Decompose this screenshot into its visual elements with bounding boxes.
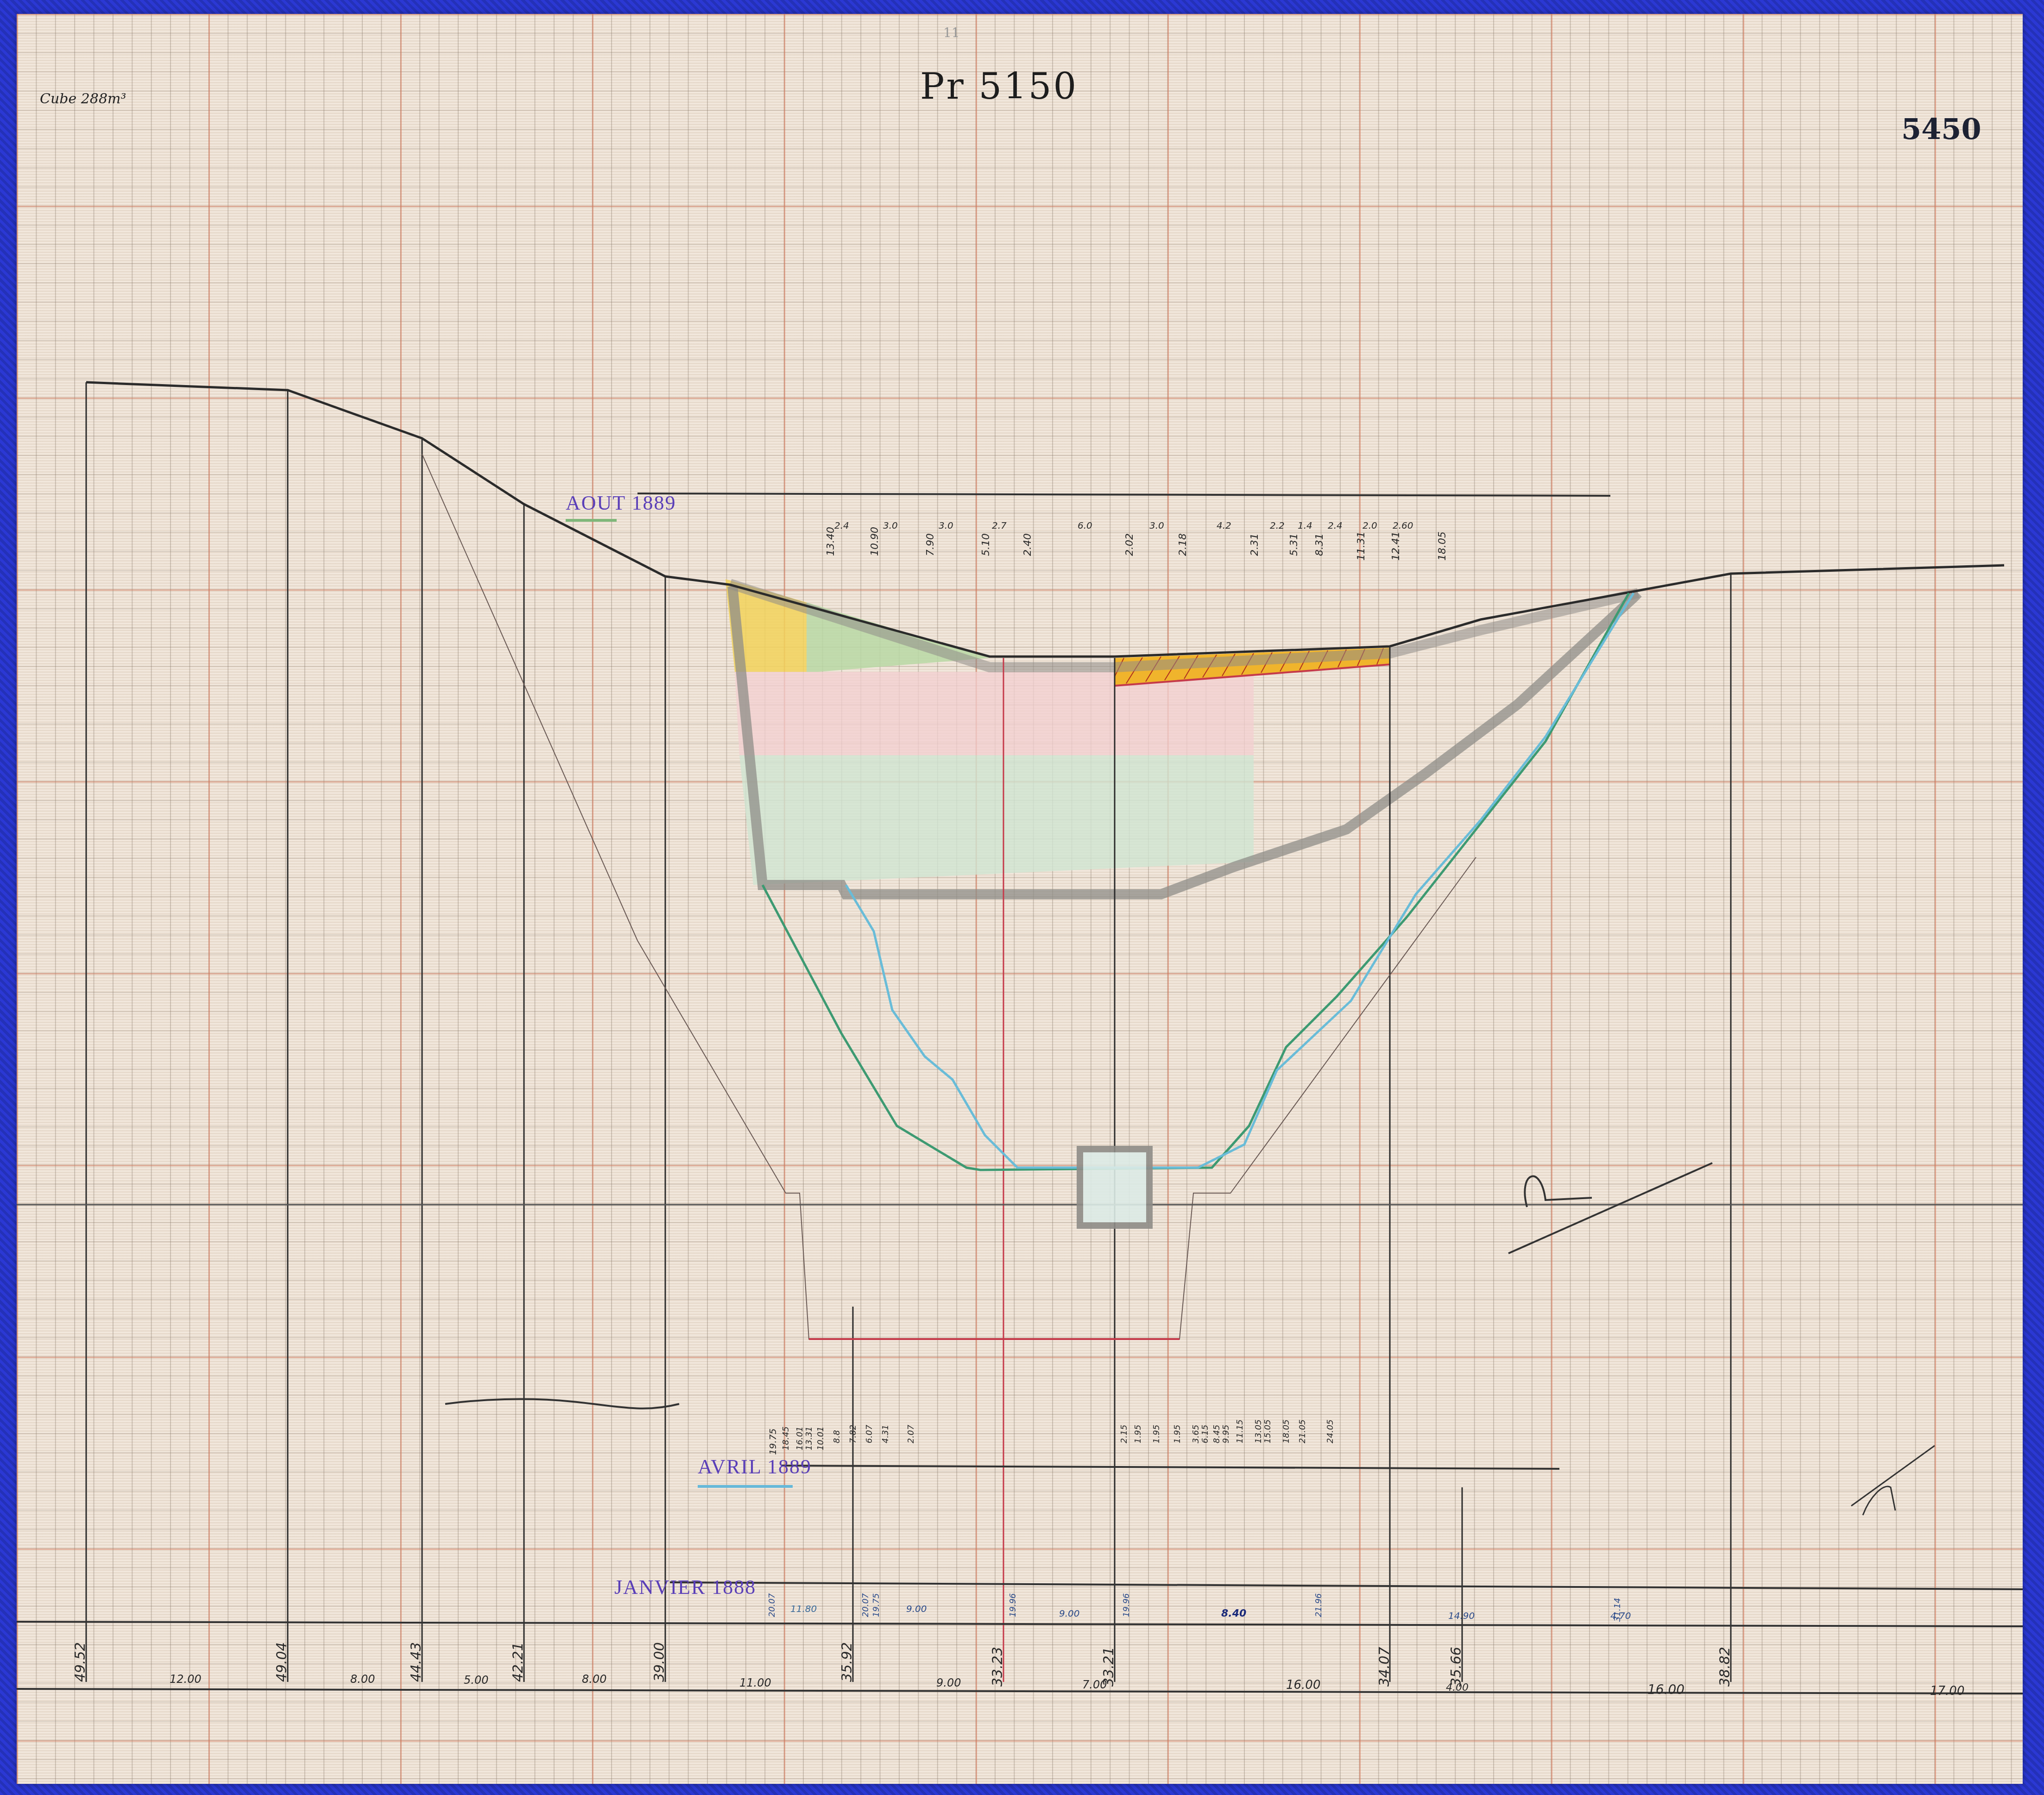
aout-underline	[566, 519, 617, 522]
signature-right-stroke	[1508, 1163, 1712, 1253]
elevation-baseline-bottom	[17, 1689, 2023, 1694]
stamp-avril-1889: AVRIL 1889	[698, 1455, 812, 1479]
signature-left-stroke	[445, 1399, 679, 1409]
avril-1889-baseline	[781, 1466, 1559, 1469]
stamp-janvier-1888: JANVIER 1888	[614, 1575, 756, 1599]
elevation-baseline-top	[17, 1622, 2023, 1626]
avril-underline	[698, 1485, 793, 1488]
cross-section-drawing	[17, 14, 2023, 1784]
stamp-aout-1889: AOUT 1889	[566, 491, 676, 515]
excavation-fills	[725, 579, 1390, 885]
fill-mint-zone	[739, 755, 1254, 885]
aout-1889-baseline	[637, 493, 1610, 496]
janvier-1888-baseline	[670, 1582, 2023, 1589]
initials-stroke	[1851, 1446, 1935, 1515]
ground-profile-line	[86, 382, 2004, 657]
culvert-box	[1080, 1149, 1149, 1226]
drawing-sheet: Cube 288m³ 11 Pr 5150 5450	[17, 14, 2023, 1784]
